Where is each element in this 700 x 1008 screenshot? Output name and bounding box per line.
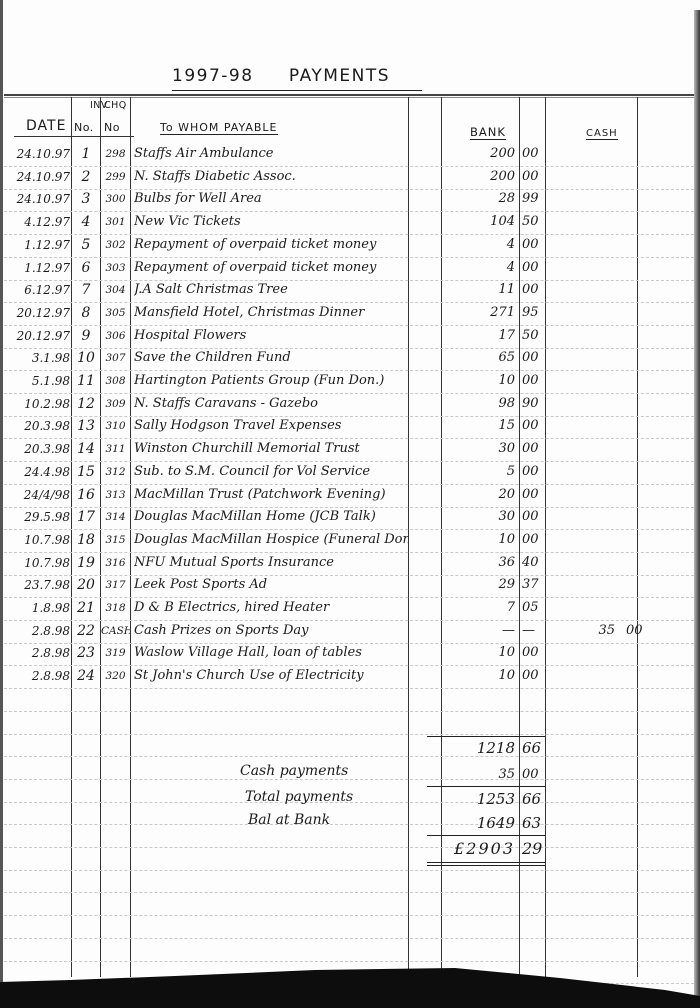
row-date: 20.3.98 [14, 415, 70, 437]
row-bank-pounds: 15 [445, 415, 515, 437]
row-cash-pence [626, 393, 656, 415]
row-cash-pence [626, 484, 656, 506]
row-cash-pounds [560, 438, 615, 460]
row-cash-pence [626, 302, 656, 324]
row-bank-pence: 00 [522, 642, 544, 664]
row-bank-pence: 00 [522, 234, 544, 256]
row-inv-number: 23 [72, 642, 100, 664]
row-bank-pounds: 5 [445, 461, 515, 483]
row-date: 20.3.98 [14, 438, 70, 460]
row-payee: Sub. to S.M. Council for Vol Service [134, 461, 408, 483]
row-bank-pounds: 28 [445, 188, 515, 210]
row-inv-number: 10 [72, 347, 100, 369]
scan-shadow [0, 968, 700, 1008]
row-cheque-number: 304 [101, 279, 130, 301]
row-bank-pounds: 30 [445, 438, 515, 460]
row-cash-pence [626, 143, 656, 165]
row-payee: Staffs Air Ambulance [134, 143, 408, 165]
row-cheque-number: 298 [101, 143, 130, 165]
ruled-line [4, 688, 694, 689]
row-cash-pence [626, 438, 656, 460]
table-row: 4.12.974301New Vic Tickets10450 [0, 211, 700, 233]
total-payments-pence: 66 [522, 788, 544, 810]
row-bank-pounds: 29 [445, 574, 515, 596]
row-bank-pence: — [522, 620, 544, 642]
row-date: 1.12.97 [14, 257, 70, 279]
row-date: 29.5.98 [14, 506, 70, 528]
row-cheque-number: 318 [101, 597, 130, 619]
row-bank-pounds: 20 [445, 484, 515, 506]
cash-payments-pence: 00 [522, 764, 544, 786]
row-cheque-number: 309 [101, 393, 130, 415]
row-cash-pounds [560, 461, 615, 483]
row-bank-pounds: 104 [445, 211, 515, 233]
page-title: 1997-98 PAYMENTS [172, 66, 422, 91]
row-cash-pence [626, 257, 656, 279]
row-cheque-number: 311 [101, 438, 130, 460]
row-bank-pence: 00 [522, 166, 544, 188]
row-bank-pence: 50 [522, 325, 544, 347]
row-cash-pence [626, 574, 656, 596]
row-payee: Sally Hodgson Travel Expenses [134, 415, 408, 437]
summary-subtotal: 1218 66 [0, 737, 700, 759]
header-chq-top: CHQ [104, 100, 127, 111]
row-cash-pounds [560, 574, 615, 596]
row-payee: Save the Children Fund [134, 347, 408, 369]
row-inv-number: 5 [72, 234, 100, 256]
row-cash-pounds [560, 506, 615, 528]
table-row: 2.8.9822CASHCash Prizes on Sports Day——3… [0, 620, 700, 642]
row-payee: Mansfield Hotel, Christmas Dinner [134, 302, 408, 324]
ruled-line [4, 870, 694, 871]
row-bank-pence: 99 [522, 188, 544, 210]
row-cheque-number: 303 [101, 257, 130, 279]
row-cash-pounds [560, 415, 615, 437]
row-cash-pence [626, 552, 656, 574]
title-year: 1997-98 [172, 66, 282, 86]
row-bank-pounds: 30 [445, 506, 515, 528]
total-payments-pounds: 1253 [445, 788, 515, 810]
row-cash-pence [626, 347, 656, 369]
row-cash-pounds: 35 [560, 620, 615, 642]
table-row: 10.7.9818315Douglas MacMillan Hospice (F… [0, 529, 700, 551]
row-bank-pounds: 200 [445, 143, 515, 165]
row-bank-pence: 05 [522, 597, 544, 619]
row-bank-pounds: 65 [445, 347, 515, 369]
row-date: 6.12.97 [14, 279, 70, 301]
row-date: 24.10.97 [14, 188, 70, 210]
row-inv-number: 2 [72, 166, 100, 188]
ruled-line [4, 961, 694, 962]
row-cash-pence [626, 166, 656, 188]
row-inv-number: 4 [72, 211, 100, 233]
row-cash-pounds [560, 211, 615, 233]
row-date: 24.10.97 [14, 143, 70, 165]
row-cheque-number: 317 [101, 574, 130, 596]
row-cheque-number: 305 [101, 302, 130, 324]
row-bank-pounds: — [445, 620, 515, 642]
row-date: 10.2.98 [14, 393, 70, 415]
row-cash-pounds [560, 188, 615, 210]
row-cash-pounds [560, 370, 615, 392]
row-payee: J.A Salt Christmas Tree [134, 279, 408, 301]
table-row: 6.12.977304J.A Salt Christmas Tree1100 [0, 279, 700, 301]
row-cash-pounds [560, 597, 615, 619]
row-bank-pence: 90 [522, 393, 544, 415]
summary-total-payments: 1253 66 [0, 788, 700, 810]
row-inv-number: 17 [72, 506, 100, 528]
row-bank-pounds: 10 [445, 529, 515, 551]
table-row: 2.8.9823319Waslow Village Hall, loan of … [0, 642, 700, 664]
row-bank-pence: 00 [522, 506, 544, 528]
row-payee: Waslow Village Hall, loan of tables [134, 642, 408, 664]
total-rule [427, 786, 545, 787]
row-cash-pence [626, 279, 656, 301]
row-cash-pounds [560, 166, 615, 188]
grand-total-double-rule-1 [427, 862, 545, 863]
row-bank-pounds: 17 [445, 325, 515, 347]
row-cheque-number: 307 [101, 347, 130, 369]
table-row: 1.8.9821318D & B Electrics, hired Heater… [0, 597, 700, 619]
row-cheque-number: 320 [101, 665, 130, 687]
header-date: DATE [26, 118, 66, 134]
table-row: 10.7.9819316NFU Mutual Sports Insurance3… [0, 552, 700, 574]
summary-cash-payments: 35 00 [0, 764, 700, 786]
row-payee: MacMillan Trust (Patchwork Evening) [134, 484, 408, 506]
row-cash-pence [626, 529, 656, 551]
row-bank-pence: 00 [522, 370, 544, 392]
row-payee: Repayment of overpaid ticket money [134, 257, 408, 279]
row-cash-pounds [560, 484, 615, 506]
ruled-line [4, 734, 694, 735]
row-inv-number: 18 [72, 529, 100, 551]
row-cash-pounds [560, 665, 615, 687]
row-date: 2.8.98 [14, 620, 70, 642]
row-cash-pence [626, 506, 656, 528]
row-cheque-number: 306 [101, 325, 130, 347]
row-cheque-number: 315 [101, 529, 130, 551]
row-inv-number: 19 [72, 552, 100, 574]
row-inv-number: 9 [72, 325, 100, 347]
row-bank-pounds: 7 [445, 597, 515, 619]
row-date: 10.7.98 [14, 552, 70, 574]
row-bank-pence: 00 [522, 347, 544, 369]
row-inv-number: 22 [72, 620, 100, 642]
header-payee: To WHOM PAYABLE [160, 121, 278, 135]
row-cash-pence: 00 [626, 620, 656, 642]
row-inv-number: 11 [72, 370, 100, 392]
row-date: 24.10.97 [14, 166, 70, 188]
table-row: 24.10.973300Bulbs for Well Area2899 [0, 188, 700, 210]
table-row: 20.12.978305Mansfield Hotel, Christmas D… [0, 302, 700, 324]
row-payee: Hartington Patients Group (Fun Don.) [134, 370, 408, 392]
row-date: 24/4/98 [14, 484, 70, 506]
ledger-page: 1997-98 PAYMENTS INV CHQ DATE No. No To … [0, 0, 700, 1008]
row-inv-number: 12 [72, 393, 100, 415]
row-date: 23.7.98 [14, 574, 70, 596]
row-inv-number: 24 [72, 665, 100, 687]
row-cheque-number: 314 [101, 506, 130, 528]
row-cheque-number: 301 [101, 211, 130, 233]
row-inv-number: 16 [72, 484, 100, 506]
table-row: 24.4.9815312Sub. to S.M. Council for Vol… [0, 461, 700, 483]
row-bank-pounds: 10 [445, 642, 515, 664]
row-bank-pounds: 10 [445, 370, 515, 392]
table-row: 24/4/9816313MacMillan Trust (Patchwork E… [0, 484, 700, 506]
header-inv-bottom: No. [74, 121, 94, 134]
row-cash-pounds [560, 642, 615, 664]
row-date: 2.8.98 [14, 642, 70, 664]
row-bank-pence: 00 [522, 484, 544, 506]
row-bank-pence: 40 [522, 552, 544, 574]
row-cash-pounds [560, 347, 615, 369]
row-payee: N. Staffs Caravans - Gazebo [134, 393, 408, 415]
row-inv-number: 21 [72, 597, 100, 619]
row-bank-pounds: 36 [445, 552, 515, 574]
row-payee: Repayment of overpaid ticket money [134, 234, 408, 256]
row-bank-pence: 00 [522, 438, 544, 460]
ruled-line [4, 711, 694, 712]
grand-total-rule [427, 835, 545, 836]
ruled-line [4, 938, 694, 939]
row-cash-pounds [560, 302, 615, 324]
table-row: 10.2.9812309N. Staffs Caravans - Gazebo9… [0, 393, 700, 415]
header-chq-bottom: No [104, 121, 120, 134]
table-row: 1.12.975302Repayment of overpaid ticket … [0, 234, 700, 256]
row-payee: Bulbs for Well Area [134, 188, 408, 210]
row-bank-pence: 00 [522, 257, 544, 279]
row-inv-number: 20 [72, 574, 100, 596]
row-cheque-number: 313 [101, 484, 130, 506]
grand-total-double-rule-2 [427, 865, 545, 866]
row-bank-pence: 50 [522, 211, 544, 233]
row-cash-pence [626, 597, 656, 619]
balance-at-bank-pounds: 1649 [445, 812, 515, 834]
ruled-line [4, 892, 694, 893]
row-cheque-number: 299 [101, 166, 130, 188]
row-cash-pounds [560, 325, 615, 347]
row-date: 20.12.97 [14, 302, 70, 324]
row-cheque-number: 300 [101, 188, 130, 210]
row-date: 4.12.97 [14, 211, 70, 233]
row-inv-number: 6 [72, 257, 100, 279]
balance-at-bank-pence: 63 [522, 812, 544, 834]
row-cheque-number: 302 [101, 234, 130, 256]
row-bank-pence: 95 [522, 302, 544, 324]
table-row: 20.3.9813310Sally Hodgson Travel Expense… [0, 415, 700, 437]
table-row: 1.12.976303Repayment of overpaid ticket … [0, 257, 700, 279]
row-bank-pounds: 4 [445, 257, 515, 279]
row-cash-pence [626, 415, 656, 437]
row-cash-pence [626, 461, 656, 483]
row-payee: Leek Post Sports Ad [134, 574, 408, 596]
row-payee: D & B Electrics, hired Heater [134, 597, 408, 619]
row-inv-number: 8 [72, 302, 100, 324]
row-date: 2.8.98 [14, 665, 70, 687]
row-cash-pounds [560, 279, 615, 301]
row-payee: NFU Mutual Sports Insurance [134, 552, 408, 574]
row-bank-pence: 00 [522, 529, 544, 551]
row-inv-number: 13 [72, 415, 100, 437]
grand-total-pounds: £2903 [425, 838, 515, 860]
row-inv-number: 15 [72, 461, 100, 483]
header-rule [4, 94, 694, 96]
ruled-line [4, 915, 694, 916]
header-bank: BANK [470, 125, 506, 140]
row-cheque-number: 312 [101, 461, 130, 483]
row-cash-pence [626, 370, 656, 392]
header-underline-left [14, 136, 134, 137]
row-cheque-number: CASH [101, 620, 130, 642]
row-bank-pounds: 200 [445, 166, 515, 188]
row-cash-pounds [560, 552, 615, 574]
row-cheque-number: 310 [101, 415, 130, 437]
row-payee: Cash Prizes on Sports Day [134, 620, 408, 642]
row-bank-pence: 00 [522, 143, 544, 165]
row-bank-pence: 00 [522, 665, 544, 687]
row-cash-pence [626, 642, 656, 664]
row-date: 10.7.98 [14, 529, 70, 551]
header-rule-secondary [4, 97, 694, 98]
row-payee: Winston Churchill Memorial Trust [134, 438, 408, 460]
table-row: 3.1.9810307Save the Children Fund6500 [0, 347, 700, 369]
row-bank-pounds: 271 [445, 302, 515, 324]
table-row: 24.10.971298Staffs Air Ambulance20000 [0, 143, 700, 165]
row-payee: Douglas MacMillan Home (JCB Talk) [134, 506, 408, 528]
row-cash-pounds [560, 234, 615, 256]
row-payee: New Vic Tickets [134, 211, 408, 233]
row-bank-pounds: 4 [445, 234, 515, 256]
row-inv-number: 3 [72, 188, 100, 210]
table-row: 5.1.9811308Hartington Patients Group (Fu… [0, 370, 700, 392]
summary-balance-at-bank: 1649 63 [0, 812, 700, 834]
table-row: 20.12.979306Hospital Flowers1750 [0, 325, 700, 347]
row-cash-pounds [560, 143, 615, 165]
summary-grand-total: £2903 29 [0, 838, 700, 860]
row-date: 24.4.98 [14, 461, 70, 483]
row-cheque-number: 316 [101, 552, 130, 574]
row-cash-pence [626, 325, 656, 347]
row-cash-pence [626, 234, 656, 256]
header-cash: CASH [586, 128, 618, 140]
subtotal-pence: 66 [522, 737, 544, 759]
row-date: 5.1.98 [14, 370, 70, 392]
table-row: 29.5.9817314Douglas MacMillan Home (JCB … [0, 506, 700, 528]
row-date: 1.8.98 [14, 597, 70, 619]
table-row: 23.7.9820317Leek Post Sports Ad2937 [0, 574, 700, 596]
row-bank-pounds: 11 [445, 279, 515, 301]
table-row: 20.3.9814311Winston Churchill Memorial T… [0, 438, 700, 460]
cash-payments-pounds: 35 [445, 764, 515, 786]
row-date: 1.12.97 [14, 234, 70, 256]
row-cash-pounds [560, 257, 615, 279]
row-cash-pounds [560, 529, 615, 551]
row-inv-number: 14 [72, 438, 100, 460]
table-row: 24.10.972299N. Staffs Diabetic Assoc.200… [0, 166, 700, 188]
row-cash-pounds [560, 393, 615, 415]
row-payee: Douglas MacMillan Hospice (Funeral Don) [134, 529, 408, 551]
table-row: 2.8.9824320St John's Church Use of Elect… [0, 665, 700, 687]
title-text: PAYMENTS [289, 66, 390, 86]
row-payee: Hospital Flowers [134, 325, 408, 347]
row-cheque-number: 319 [101, 642, 130, 664]
row-cheque-number: 308 [101, 370, 130, 392]
grand-total-pence: 29 [522, 838, 544, 860]
row-inv-number: 1 [72, 143, 100, 165]
row-payee: N. Staffs Diabetic Assoc. [134, 166, 408, 188]
row-payee: St John's Church Use of Electricity [134, 665, 408, 687]
row-bank-pounds: 10 [445, 665, 515, 687]
row-date: 20.12.97 [14, 325, 70, 347]
row-cash-pence [626, 211, 656, 233]
row-bank-pence: 37 [522, 574, 544, 596]
row-cash-pence [626, 188, 656, 210]
row-cash-pence [626, 665, 656, 687]
subtotal-pounds: 1218 [445, 737, 515, 759]
row-bank-pence: 00 [522, 279, 544, 301]
row-inv-number: 7 [72, 279, 100, 301]
row-date: 3.1.98 [14, 347, 70, 369]
row-bank-pence: 00 [522, 461, 544, 483]
row-bank-pounds: 98 [445, 393, 515, 415]
row-bank-pence: 00 [522, 415, 544, 437]
